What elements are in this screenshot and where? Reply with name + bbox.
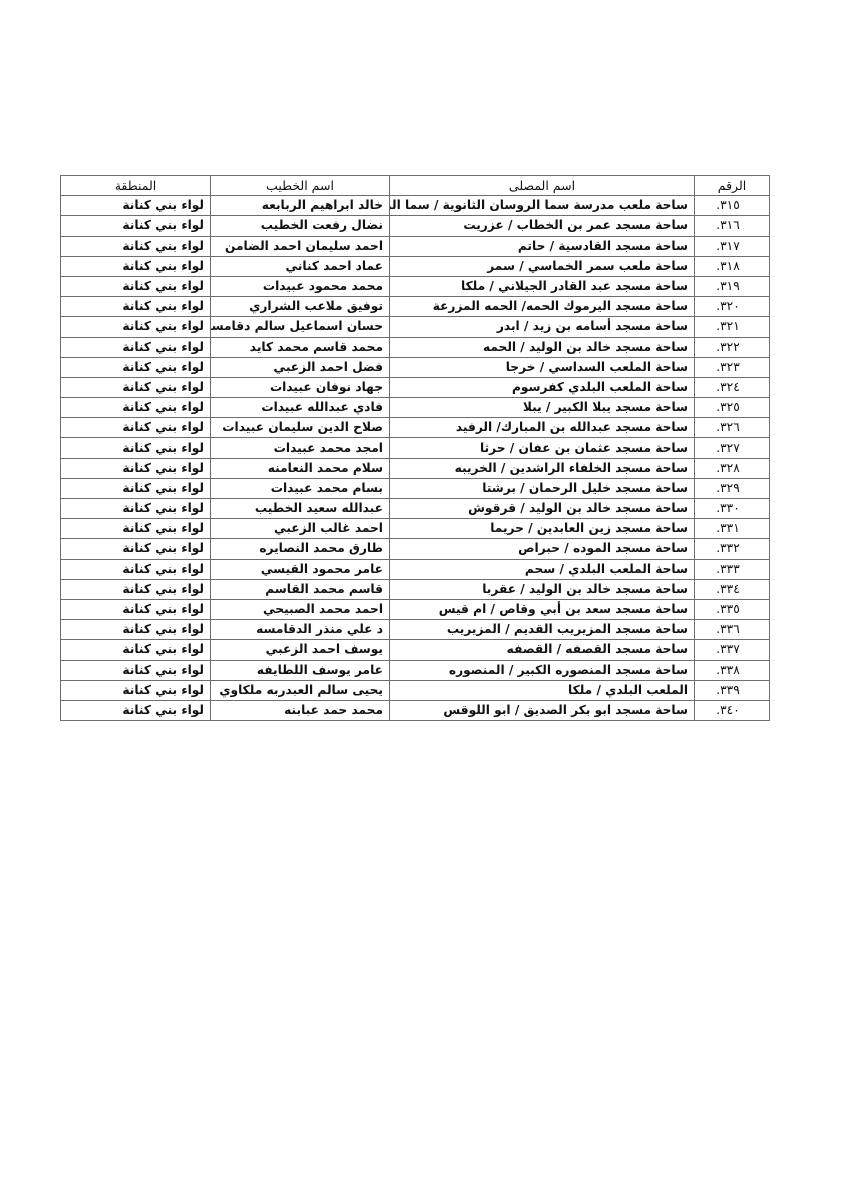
row-region: لواء بني كنانة (61, 660, 211, 680)
row-musalla-name: ساحة مسجد عمر بن الخطاب / عزريت (390, 216, 695, 236)
row-number: ٣٣٧. (695, 640, 770, 660)
table-row: ٣٢٠.ساحة مسجد اليرموك الحمه/ الحمه المزر… (61, 297, 770, 317)
row-khatib-name: بسام محمد عبيدات (211, 478, 390, 498)
row-number: ٣٣٠. (695, 499, 770, 519)
row-region: لواء بني كنانة (61, 196, 211, 216)
table-row: ٣٣٧.ساحة مسجد القصفه / القصفهيوسف احمد ا… (61, 640, 770, 660)
row-region: لواء بني كنانة (61, 579, 211, 599)
document-page: الرقم اسم المصلى اسم الخطيب المنطقة ٣١٥.… (0, 0, 850, 1192)
row-number: ٣٣٢. (695, 539, 770, 559)
row-khatib-name: امجد محمد عبيدات (211, 438, 390, 458)
row-musalla-name: ساحة ملعب مدرسة سما الروسان الثانوية / س… (390, 196, 695, 216)
row-khatib-name: نضال رفعت الخطيب (211, 216, 390, 236)
row-khatib-name: محمد محمود عبيدات (211, 276, 390, 296)
row-number: ٣١٨. (695, 256, 770, 276)
row-khatib-name: عامر يوسف اللطايفه (211, 660, 390, 680)
table-row: ٣٣٤.ساحة مسجد خالد بن الوليد / عقرباقاسم… (61, 579, 770, 599)
row-region: لواء بني كنانة (61, 276, 211, 296)
table-row: ٣٣٠.ساحة مسجد خالد بن الوليد / قرقوشعبدا… (61, 499, 770, 519)
row-number: ٣٢٠. (695, 297, 770, 317)
row-region: لواء بني كنانة (61, 337, 211, 357)
row-number: ٣٢٤. (695, 377, 770, 397)
row-khatib-name: احمد محمد الصبيحي (211, 599, 390, 619)
row-musalla-name: ساحة مسجد اليرموك الحمه/ الحمه المزرعة (390, 297, 695, 317)
header-khatib: اسم الخطيب (211, 176, 390, 196)
row-musalla-name: ساحة مسجد القادسية / حاتم (390, 236, 695, 256)
row-region: لواء بني كنانة (61, 438, 211, 458)
row-musalla-name: ساحة مسجد عثمان بن عفان / حرثا (390, 438, 695, 458)
table-row: ٣٢٦.ساحة مسجد عبدالله بن المبارك/ الرفيد… (61, 418, 770, 438)
row-musalla-name: ساحة مسجد خالد بن الوليد / قرقوش (390, 499, 695, 519)
row-khatib-name: صلاح الدين سليمان عبيدات (211, 418, 390, 438)
header-region: المنطقة (61, 176, 211, 196)
row-khatib-name: قاسم محمد القاسم (211, 579, 390, 599)
row-number: ٣١٦. (695, 216, 770, 236)
row-region: لواء بني كنانة (61, 599, 211, 619)
table-row: ٣٣١.ساحة مسجد زين العابدين / حريمااحمد غ… (61, 519, 770, 539)
row-musalla-name: ساحة ملعب سمر الخماسي / سمر (390, 256, 695, 276)
row-number: ٣١٧. (695, 236, 770, 256)
row-khatib-name: د علي منذر الدقامسه (211, 620, 390, 640)
row-khatib-name: حسان اسماعيل سالم دقامسه (211, 317, 390, 337)
row-musalla-name: ساحة مسجد أسامه بن زيد / ابدر (390, 317, 695, 337)
row-khatib-name: احمد سليمان احمد الضامن (211, 236, 390, 256)
row-khatib-name: فضل احمد الزعبي (211, 357, 390, 377)
table-row: ٣٢٢.ساحة مسجد خالد بن الوليد / الحمهمحمد… (61, 337, 770, 357)
row-region: لواء بني كنانة (61, 398, 211, 418)
row-region: لواء بني كنانة (61, 519, 211, 539)
row-region: لواء بني كنانة (61, 256, 211, 276)
row-number: ٣٣٥. (695, 599, 770, 619)
row-khatib-name: سلام محمد النعامنه (211, 458, 390, 478)
table-body: ٣١٥.ساحة ملعب مدرسة سما الروسان الثانوية… (61, 196, 770, 721)
table-header-row: الرقم اسم المصلى اسم الخطيب المنطقة (61, 176, 770, 196)
row-musalla-name: ساحة مسجد خليل الرحمان / برشتا (390, 478, 695, 498)
row-musalla-name: ساحة مسجد القصفه / القصفه (390, 640, 695, 660)
row-region: لواء بني كنانة (61, 478, 211, 498)
row-khatib-name: محمد قاسم محمد كايد (211, 337, 390, 357)
row-number: ٣١٥. (695, 196, 770, 216)
row-khatib-name: محمد حمد عبابنه (211, 700, 390, 720)
header-musalla: اسم المصلى (390, 176, 695, 196)
row-number: ٣٢٨. (695, 458, 770, 478)
row-region: لواء بني كنانة (61, 216, 211, 236)
row-region: لواء بني كنانة (61, 620, 211, 640)
row-number: ٣٢٢. (695, 337, 770, 357)
row-musalla-name: ساحة الملعب البلدي / سحم (390, 559, 695, 579)
row-region: لواء بني كنانة (61, 700, 211, 720)
table-row: ٣١٦.ساحة مسجد عمر بن الخطاب / عزريتنضال … (61, 216, 770, 236)
row-region: لواء بني كنانة (61, 458, 211, 478)
row-musalla-name: ساحة الملعب السداسي / خرجا (390, 357, 695, 377)
row-musalla-name: ساحة مسجد خالد بن الوليد / عقربا (390, 579, 695, 599)
row-musalla-name: ساحة مسجد الخلفاء الراشدين / الخريبه (390, 458, 695, 478)
row-musalla-name: ساحة مسجد عبدالله بن المبارك/ الرفيد (390, 418, 695, 438)
row-region: لواء بني كنانة (61, 539, 211, 559)
row-number: ٣٢١. (695, 317, 770, 337)
prayer-grounds-table: الرقم اسم المصلى اسم الخطيب المنطقة ٣١٥.… (60, 175, 770, 721)
row-region: لواء بني كنانة (61, 236, 211, 256)
row-number: ٣٤٠. (695, 700, 770, 720)
table-row: ٣٣٩.الملعب البلدي / ملكايحيى سالم العبدر… (61, 680, 770, 700)
row-number: ٣٢٩. (695, 478, 770, 498)
row-khatib-name: يحيى سالم العبدربه ملكاوي (211, 680, 390, 700)
row-region: لواء بني كنانة (61, 559, 211, 579)
row-musalla-name: ساحة مسجد سعد بن أبي وقاص / ام قيس (390, 599, 695, 619)
row-musalla-name: ساحة مسجد زين العابدين / حريما (390, 519, 695, 539)
table-row: ٣٢٧.ساحة مسجد عثمان بن عفان / حرثاامجد م… (61, 438, 770, 458)
row-khatib-name: توفيق ملاعب الشراري (211, 297, 390, 317)
row-region: لواء بني كنانة (61, 680, 211, 700)
table-row: ٣٣٦.ساحة مسجد المزيريب القديم / المزيريب… (61, 620, 770, 640)
row-number: ٣٢٦. (695, 418, 770, 438)
row-number: ٣٣٩. (695, 680, 770, 700)
row-musalla-name: ساحة مسجد الموده / حبراص (390, 539, 695, 559)
table-row: ٣٢٣.ساحة الملعب السداسي / خرجافضل احمد ا… (61, 357, 770, 377)
row-region: لواء بني كنانة (61, 297, 211, 317)
table-row: ٣٢٩.ساحة مسجد خليل الرحمان / برشتابسام م… (61, 478, 770, 498)
row-musalla-name: ساحة مسجد يبلا الكبير / يبلا (390, 398, 695, 418)
row-region: لواء بني كنانة (61, 418, 211, 438)
table-row: ٣٣٢.ساحة مسجد الموده / حبراصطارق محمد ال… (61, 539, 770, 559)
table-row: ٣١٥.ساحة ملعب مدرسة سما الروسان الثانوية… (61, 196, 770, 216)
row-number: ٣٢٣. (695, 357, 770, 377)
table-row: ٣٢٥.ساحة مسجد يبلا الكبير / يبلافادي عبد… (61, 398, 770, 418)
row-musalla-name: ساحة مسجد خالد بن الوليد / الحمه (390, 337, 695, 357)
table-row: ٣٣٥.ساحة مسجد سعد بن أبي وقاص / ام قيساح… (61, 599, 770, 619)
row-musalla-name: ساحة مسجد المنصوره الكبير / المنصوره (390, 660, 695, 680)
row-khatib-name: عماد احمد كناني (211, 256, 390, 276)
row-region: لواء بني كنانة (61, 499, 211, 519)
row-number: ٣٣٤. (695, 579, 770, 599)
row-region: لواء بني كنانة (61, 377, 211, 397)
table-row: ٣١٩.ساحة مسجد عبد القادر الجيلاني / ملكا… (61, 276, 770, 296)
row-number: ٣١٩. (695, 276, 770, 296)
row-khatib-name: جهاد نوفان عبيدات (211, 377, 390, 397)
table-row: ٣٣٣.ساحة الملعب البلدي / سحمعامر محمود ا… (61, 559, 770, 579)
row-khatib-name: خالد ابراهيم الربابعه (211, 196, 390, 216)
row-musalla-name: ساحة الملعب البلدي كفرسوم (390, 377, 695, 397)
row-musalla-name: الملعب البلدي / ملكا (390, 680, 695, 700)
row-khatib-name: يوسف احمد الزعبي (211, 640, 390, 660)
row-khatib-name: احمد غالب الزعبي (211, 519, 390, 539)
row-number: ٣٣١. (695, 519, 770, 539)
table-row: ٣٢٤.ساحة الملعب البلدي كفرسومجهاد نوفان … (61, 377, 770, 397)
row-khatib-name: فادي عبدالله عبيدات (211, 398, 390, 418)
row-musalla-name: ساحة مسجد المزيريب القديم / المزيريب (390, 620, 695, 640)
row-khatib-name: عبدالله سعيد الخطيب (211, 499, 390, 519)
row-musalla-name: ساحة مسجد ابو بكر الصديق / ابو اللوقس (390, 700, 695, 720)
row-region: لواء بني كنانة (61, 357, 211, 377)
table-row: ٣٣٨.ساحة مسجد المنصوره الكبير / المنصوره… (61, 660, 770, 680)
table-row: ٣١٨.ساحة ملعب سمر الخماسي / سمرعماد احمد… (61, 256, 770, 276)
row-number: ٣٣٣. (695, 559, 770, 579)
row-khatib-name: طارق محمد النصايره (211, 539, 390, 559)
row-number: ٣٢٧. (695, 438, 770, 458)
row-khatib-name: عامر محمود القيسي (211, 559, 390, 579)
table-row: ٣٢١.ساحة مسجد أسامه بن زيد / ابدرحسان اس… (61, 317, 770, 337)
row-region: لواء بني كنانة (61, 317, 211, 337)
table-row: ٣٢٨.ساحة مسجد الخلفاء الراشدين / الخريبه… (61, 458, 770, 478)
table-row: ٣١٧.ساحة مسجد القادسية / حاتماحمد سليمان… (61, 236, 770, 256)
row-musalla-name: ساحة مسجد عبد القادر الجيلاني / ملكا (390, 276, 695, 296)
table-row: ٣٤٠.ساحة مسجد ابو بكر الصديق / ابو اللوق… (61, 700, 770, 720)
row-number: ٣٢٥. (695, 398, 770, 418)
row-number: ٣٣٨. (695, 660, 770, 680)
row-number: ٣٣٦. (695, 620, 770, 640)
header-number: الرقم (695, 176, 770, 196)
row-region: لواء بني كنانة (61, 640, 211, 660)
